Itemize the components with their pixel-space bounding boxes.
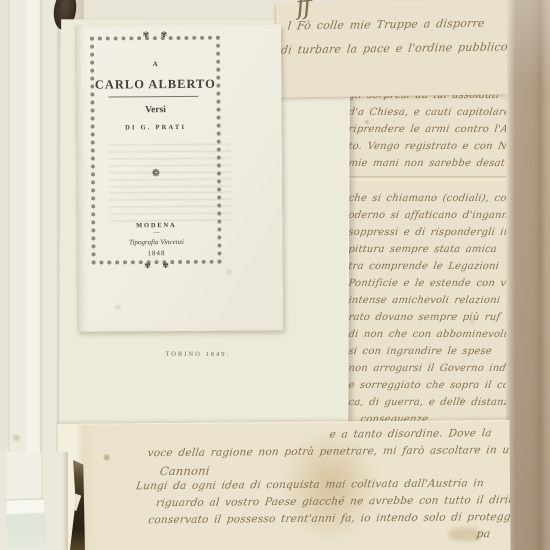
manuscript-line: Cannoni: [159, 464, 211, 478]
manuscript-line: non arrogarsi il Governo inde: [347, 363, 506, 380]
ornamental-border: ✾ ✾ ✾ ✾ A CARLO ALBERTO Versi DI G. PRAT…: [90, 36, 222, 265]
floral-ornament-icon: ❁: [95, 168, 217, 180]
manuscript-line: riprendere le armi contro l'Au: [347, 124, 506, 141]
manuscript-line: ca, di guerra, e delle distanze: [347, 397, 506, 414]
title-leaf: ✾ ✾ ✾ ✾ A CARLO ALBERTO Versi DI G. PRAT…: [75, 24, 283, 331]
corner-rosette-icon: ✾: [103, 30, 225, 40]
manuscript-line: d'a Chiesa, e cauti capitolare: [347, 107, 506, 124]
page-stain: [115, 305, 121, 309]
manuscript-line: si con ingrandire le spese: [347, 346, 506, 363]
manuscript-line: intense amichevoli relazioni: [347, 295, 506, 312]
manuscript-line: tra comprende le Legazioni: [347, 261, 506, 278]
manuscript-line: rato dovano sempre più ruf: [347, 312, 506, 329]
manuscript-bottom-sheet: e a tanto disordine. Dove lavoce della r…: [57, 420, 510, 550]
page-stain: [365, 120, 369, 124]
manuscript-line: Lungi da ogni idea di conquista mai colt…: [135, 477, 485, 492]
manuscript-line: che si chiamano (codiali), contro: [347, 193, 506, 210]
manuscript-line: pittura sempre stata amica: [347, 244, 506, 261]
manuscript-line: to. Vengo registrato e con N.: [347, 141, 506, 158]
manuscript-top-sheet: l Fò colle mie Truppe a disporredi turba…: [276, 0, 507, 97]
half-title-imprint: TORINO 1849.: [165, 351, 230, 358]
title-underline: [108, 96, 198, 98]
manuscript-line: oderno si affaticano d'inganna: [347, 210, 506, 227]
book-subtitle: Versi: [94, 105, 216, 116]
manuscript-line: riguardo al vostro Paese giacché ne avre…: [155, 494, 510, 509]
manuscript-line: soppressi e di rispondergli in: [347, 227, 506, 244]
page-stain: [104, 455, 110, 461]
title-dedication: A: [94, 60, 216, 69]
manuscript-line: mie mani non sarebbe desat: [347, 158, 506, 175]
photo-open-book: ato dal sacrosanto uffizio dinon volere …: [0, 0, 550, 550]
manuscript-right-column: ato dal sacrosanto uffizio dinon volere …: [348, 56, 506, 431]
manuscript-line: di non che con abbominevoli: [347, 329, 506, 346]
catchword: pa: [476, 527, 492, 540]
imprint-publisher: Tipografia Vincenzi: [95, 238, 217, 247]
ink-flourish: ff: [294, 0, 310, 22]
page-stain: [13, 435, 20, 441]
manuscript-line: l Fò colle mie Truppe a disporre: [287, 17, 486, 33]
manuscript-line: e sorreggiato che sopra il costo: [347, 380, 506, 397]
manuscript-line: Pontificie e le estende con volo: [347, 278, 506, 295]
book-title: CARLO ALBERTO: [94, 77, 216, 93]
corner-rosette-icon: ✾: [105, 261, 227, 271]
imprint-year: 1848: [95, 249, 217, 258]
manuscript-line: voce della ragione non potrà penetrare, …: [147, 444, 511, 459]
manuscript-line: di turbare la pace e l'ordine pubblico: [280, 40, 508, 56]
manuscript-line: conservato il possesso trent'anni fa, io…: [147, 511, 510, 526]
book-cover-corner: [6, 499, 46, 550]
imprint-rule: —: [95, 230, 217, 237]
book-author: DI G. PRATI: [95, 124, 217, 132]
show-through-text: [109, 144, 231, 189]
page-stain: [227, 270, 232, 275]
imprint-city: MODENA: [95, 222, 217, 230]
manuscript-line: e a tanto disordine. Dove la: [329, 427, 493, 440]
